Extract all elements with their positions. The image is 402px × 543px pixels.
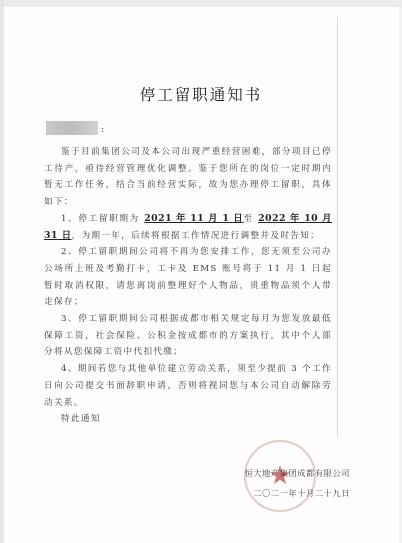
salutation: : (46, 121, 104, 135)
year-label: 年 (286, 213, 304, 224)
start-year: 2021 (144, 213, 172, 224)
start-month: 11 (190, 213, 204, 224)
item-1-prefix: 1、停工留职期为 (61, 214, 144, 224)
day-label: 日 (58, 230, 72, 241)
item-3-paragraph: 3、停工留职期间公司根据成都市相关规定每月为您发放最低保障工资，社会保险、公积金… (44, 311, 332, 361)
redacted-recipient-name (46, 121, 98, 135)
year-label: 年 (172, 213, 190, 224)
to-label: 至 (244, 214, 259, 224)
end-year: 2022 (258, 213, 286, 224)
page-edge-line (337, 17, 338, 437)
document-title: 停工留职通知书 (0, 83, 402, 105)
intro-paragraph: 鉴于目前集团公司及本公司出现严重经营困难，部分项目已停工待产，亟待经营管理优化调… (44, 144, 332, 211)
end-day: 31 (44, 230, 58, 241)
document-body: 鉴于目前集团公司及本公司出现严重经营困难，部分项目已停工待产，亟待经营管理优化调… (44, 144, 332, 428)
signature-block: 恒大地产集团成都有限公司 二〇二一年十月二十九日 (232, 463, 350, 503)
month-label: 月 (204, 213, 222, 224)
month-label: 月 (318, 213, 332, 224)
item-1-suffix: ，为期一年，后续将根据工作情况进行调整并及时告知； (72, 231, 321, 241)
salutation-colon: : (101, 125, 104, 135)
end-month: 10 (304, 213, 318, 224)
item-1-paragraph: 1、停工留职期为 2021 年 11 月 1 日至 2022 年 10 月 31… (44, 211, 332, 244)
item-2-paragraph: 2、停工留职期间公司将不再为您安排工作，您无须至公司办公场所上班及考勤打卡，工卡… (44, 244, 332, 311)
company-name: 恒大地产集团成都有限公司 (232, 463, 350, 483)
day-label: 日 (229, 213, 243, 224)
closing-line: 特此通知 (44, 411, 332, 428)
issue-date: 二〇二一年十月二十九日 (232, 483, 350, 503)
item-4-paragraph: 4、期间若您与其他单位建立劳动关系，须至少提前 3 个工作日向公司提交书面辞职申… (44, 361, 332, 411)
